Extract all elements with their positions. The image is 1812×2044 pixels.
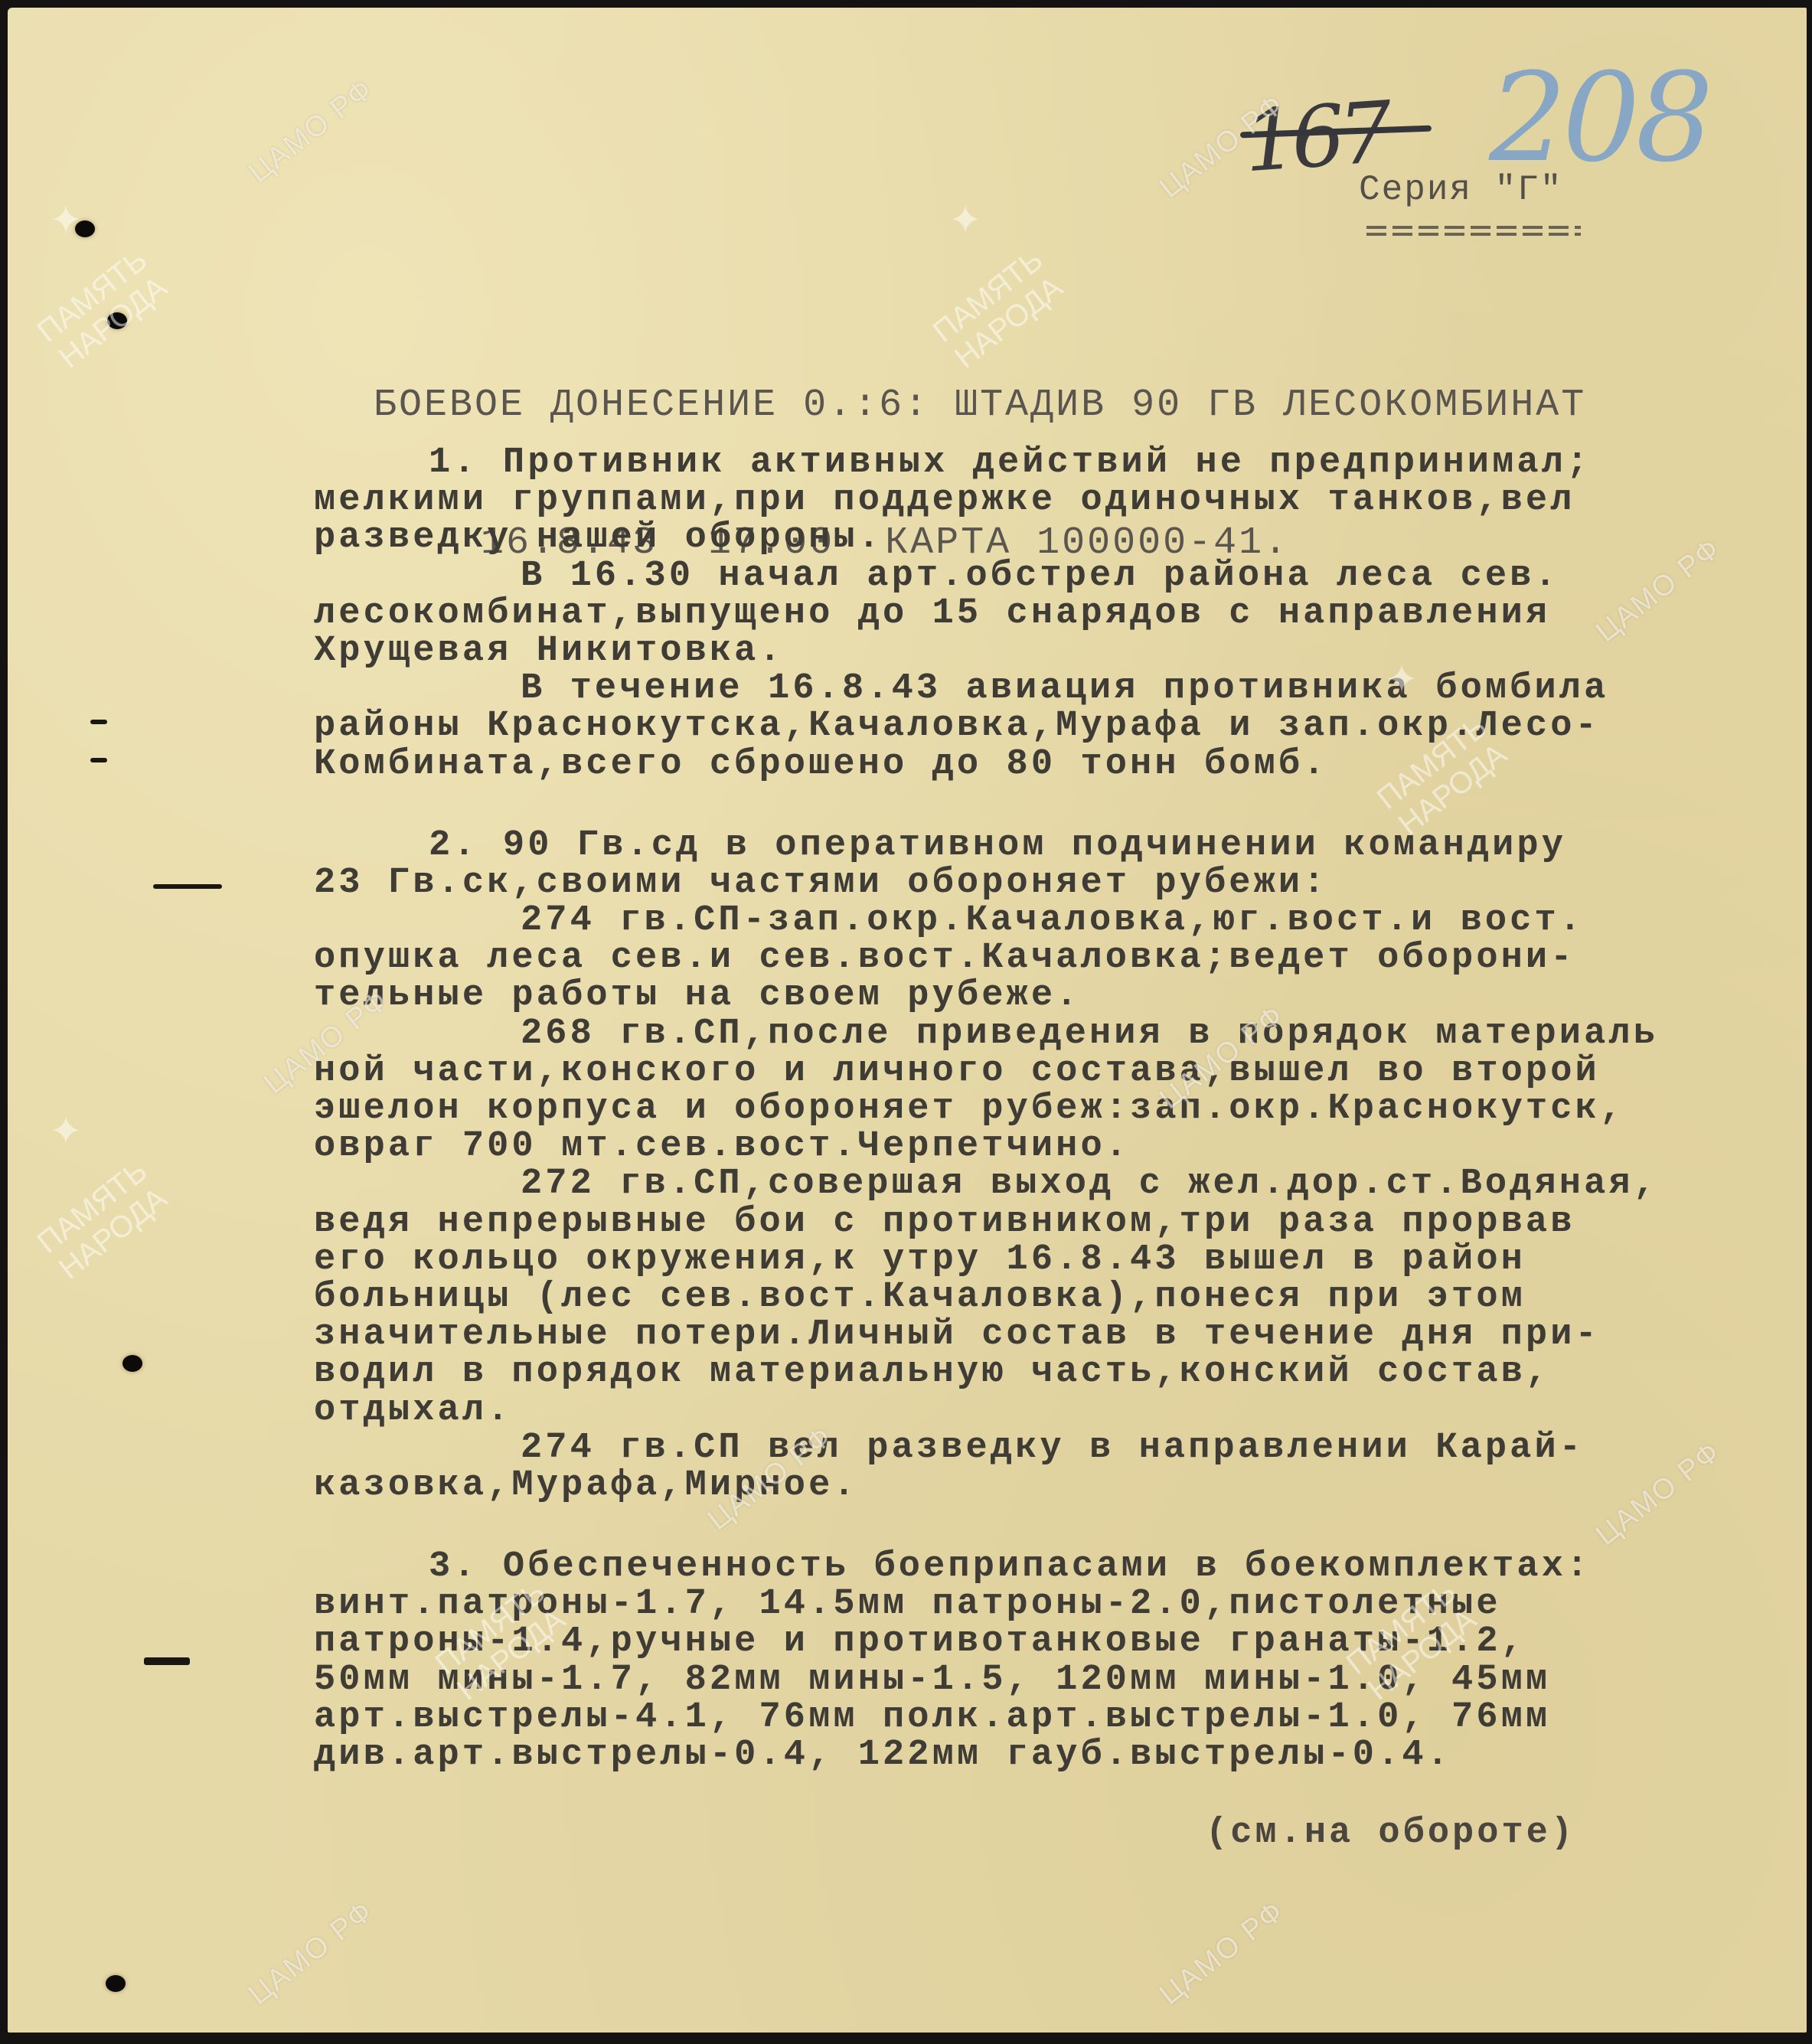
punch-hole — [106, 1975, 126, 1992]
series-label: Серия "Г" — [1359, 170, 1562, 210]
body-line: 272 гв.СП,совершая выход с жел.дор.ст.Во… — [314, 1165, 1812, 1203]
archive-page-number: 208 — [1489, 46, 1709, 189]
document-sheet: 167 208 Серия "Г" БОЕВОЕ ДОНЕСЕНИЕ 0.:6:… — [8, 8, 1807, 2033]
binding-mark — [144, 1657, 190, 1665]
body-line: ведя непрерывные бои с противником,три р… — [314, 1203, 1812, 1241]
watermark-star-icon: ✦ — [1386, 643, 1418, 710]
body-line: 2. 90 Гв.сд в оперативном подчинении ком… — [314, 827, 1812, 864]
body-line: казовка,Мурафа,Мирное. — [314, 1467, 1812, 1504]
body-line: 268 гв.СП,после приведения в порядок мат… — [314, 1015, 1812, 1053]
binding-mark — [90, 758, 107, 762]
watermark-tsamo: ЦАМО РФ — [1154, 1895, 1291, 2012]
body-line: 274 гв.СП вел разведку в направлении Кар… — [314, 1429, 1812, 1467]
body-line: овраг 700 мт.сев.вост.Черпетчино. — [314, 1128, 1812, 1165]
report-body: 1. Противник активных действий не предпр… — [314, 444, 1812, 1774]
body-line: див.арт.выстрелы-0.4, 122мм гауб.выстрел… — [314, 1736, 1812, 1774]
body-line: 3. Обеспеченность боеприпасами в боекомп… — [314, 1548, 1812, 1585]
watermark-star-icon: ✦ — [50, 1095, 82, 1161]
body-line: В течение 16.8.43 авиация противника бом… — [314, 670, 1812, 707]
body-line: В 16.30 начал арт.обстрел района леса се… — [314, 557, 1812, 595]
body-line: Комбината,всего сброшено до 80 тонн бомб… — [314, 746, 1812, 783]
body-line: Хрущевая Никитовка. — [314, 632, 1812, 670]
body-line: арт.выстрелы-4.1, 76мм полк.арт.выстрелы… — [314, 1699, 1812, 1736]
watermark-star-icon: ✦ — [949, 184, 981, 250]
body-line: отдыхал. — [314, 1392, 1812, 1429]
body-line: эшелон корпуса и обороняет рубеж:зап.окр… — [314, 1090, 1812, 1128]
body-line: 1. Противник активных действий не предпр… — [314, 444, 1812, 482]
body-line: 50мм мины-1.7, 82мм мины-1.5, 120мм мины… — [314, 1661, 1812, 1699]
body-line: мелкими группами,при поддержке одиночных… — [314, 482, 1812, 519]
body-line: значительные потери.Личный состав в тече… — [314, 1316, 1812, 1353]
series-double-underline — [1366, 226, 1581, 237]
watermark-pamyat-naroda: ПАМЯТЬ НАРОДА — [31, 243, 175, 376]
see-reverse-note: (см.на обороте) — [1206, 1813, 1575, 1853]
body-line: разведку нашей обороны. — [314, 519, 1812, 557]
paragraph-gap — [314, 1504, 1812, 1548]
binding-mark — [90, 720, 107, 724]
watermark-star-icon: ✦ — [50, 184, 82, 250]
paragraph-gap — [314, 783, 1812, 827]
body-line: водил в порядок материальную часть,конск… — [314, 1353, 1812, 1391]
body-line: опушка леса сев.и сев.вост.Качаловка;вед… — [314, 939, 1812, 977]
body-line: его кольцо окружения,к утру 16.8.43 выше… — [314, 1241, 1812, 1278]
body-line: 23 Гв.ск,своими частями обороняет рубежи… — [314, 864, 1812, 902]
watermark-pamyat-naroda: ПАМЯТЬ НАРОДА — [31, 1154, 175, 1287]
watermark-tsamo: ЦАМО РФ — [243, 1895, 380, 2012]
body-line: больницы (лес сев.вост.Качаловка),понеся… — [314, 1278, 1812, 1316]
body-line: районы Краснокутска,Качаловка,Мурафа и з… — [314, 707, 1812, 745]
heading-line-1: БОЕВОЕ ДОНЕСЕНИЕ 0.:6: ШТАДИВ 90 ГВ ЛЕСО… — [374, 383, 1586, 429]
punch-hole — [122, 1355, 142, 1372]
body-line: 274 гв.СП-зап.окр.Качаловка,юг.вост.и во… — [314, 902, 1812, 939]
body-line: тельные работы на своем рубеже. — [314, 977, 1812, 1014]
body-line: лесокомбинат,выпущено до 15 снарядов с н… — [314, 595, 1812, 632]
watermark-tsamo: ЦАМО РФ — [243, 73, 380, 190]
binding-mark — [153, 884, 222, 889]
body-line: ной части,конского и личного состава,выш… — [314, 1053, 1812, 1090]
